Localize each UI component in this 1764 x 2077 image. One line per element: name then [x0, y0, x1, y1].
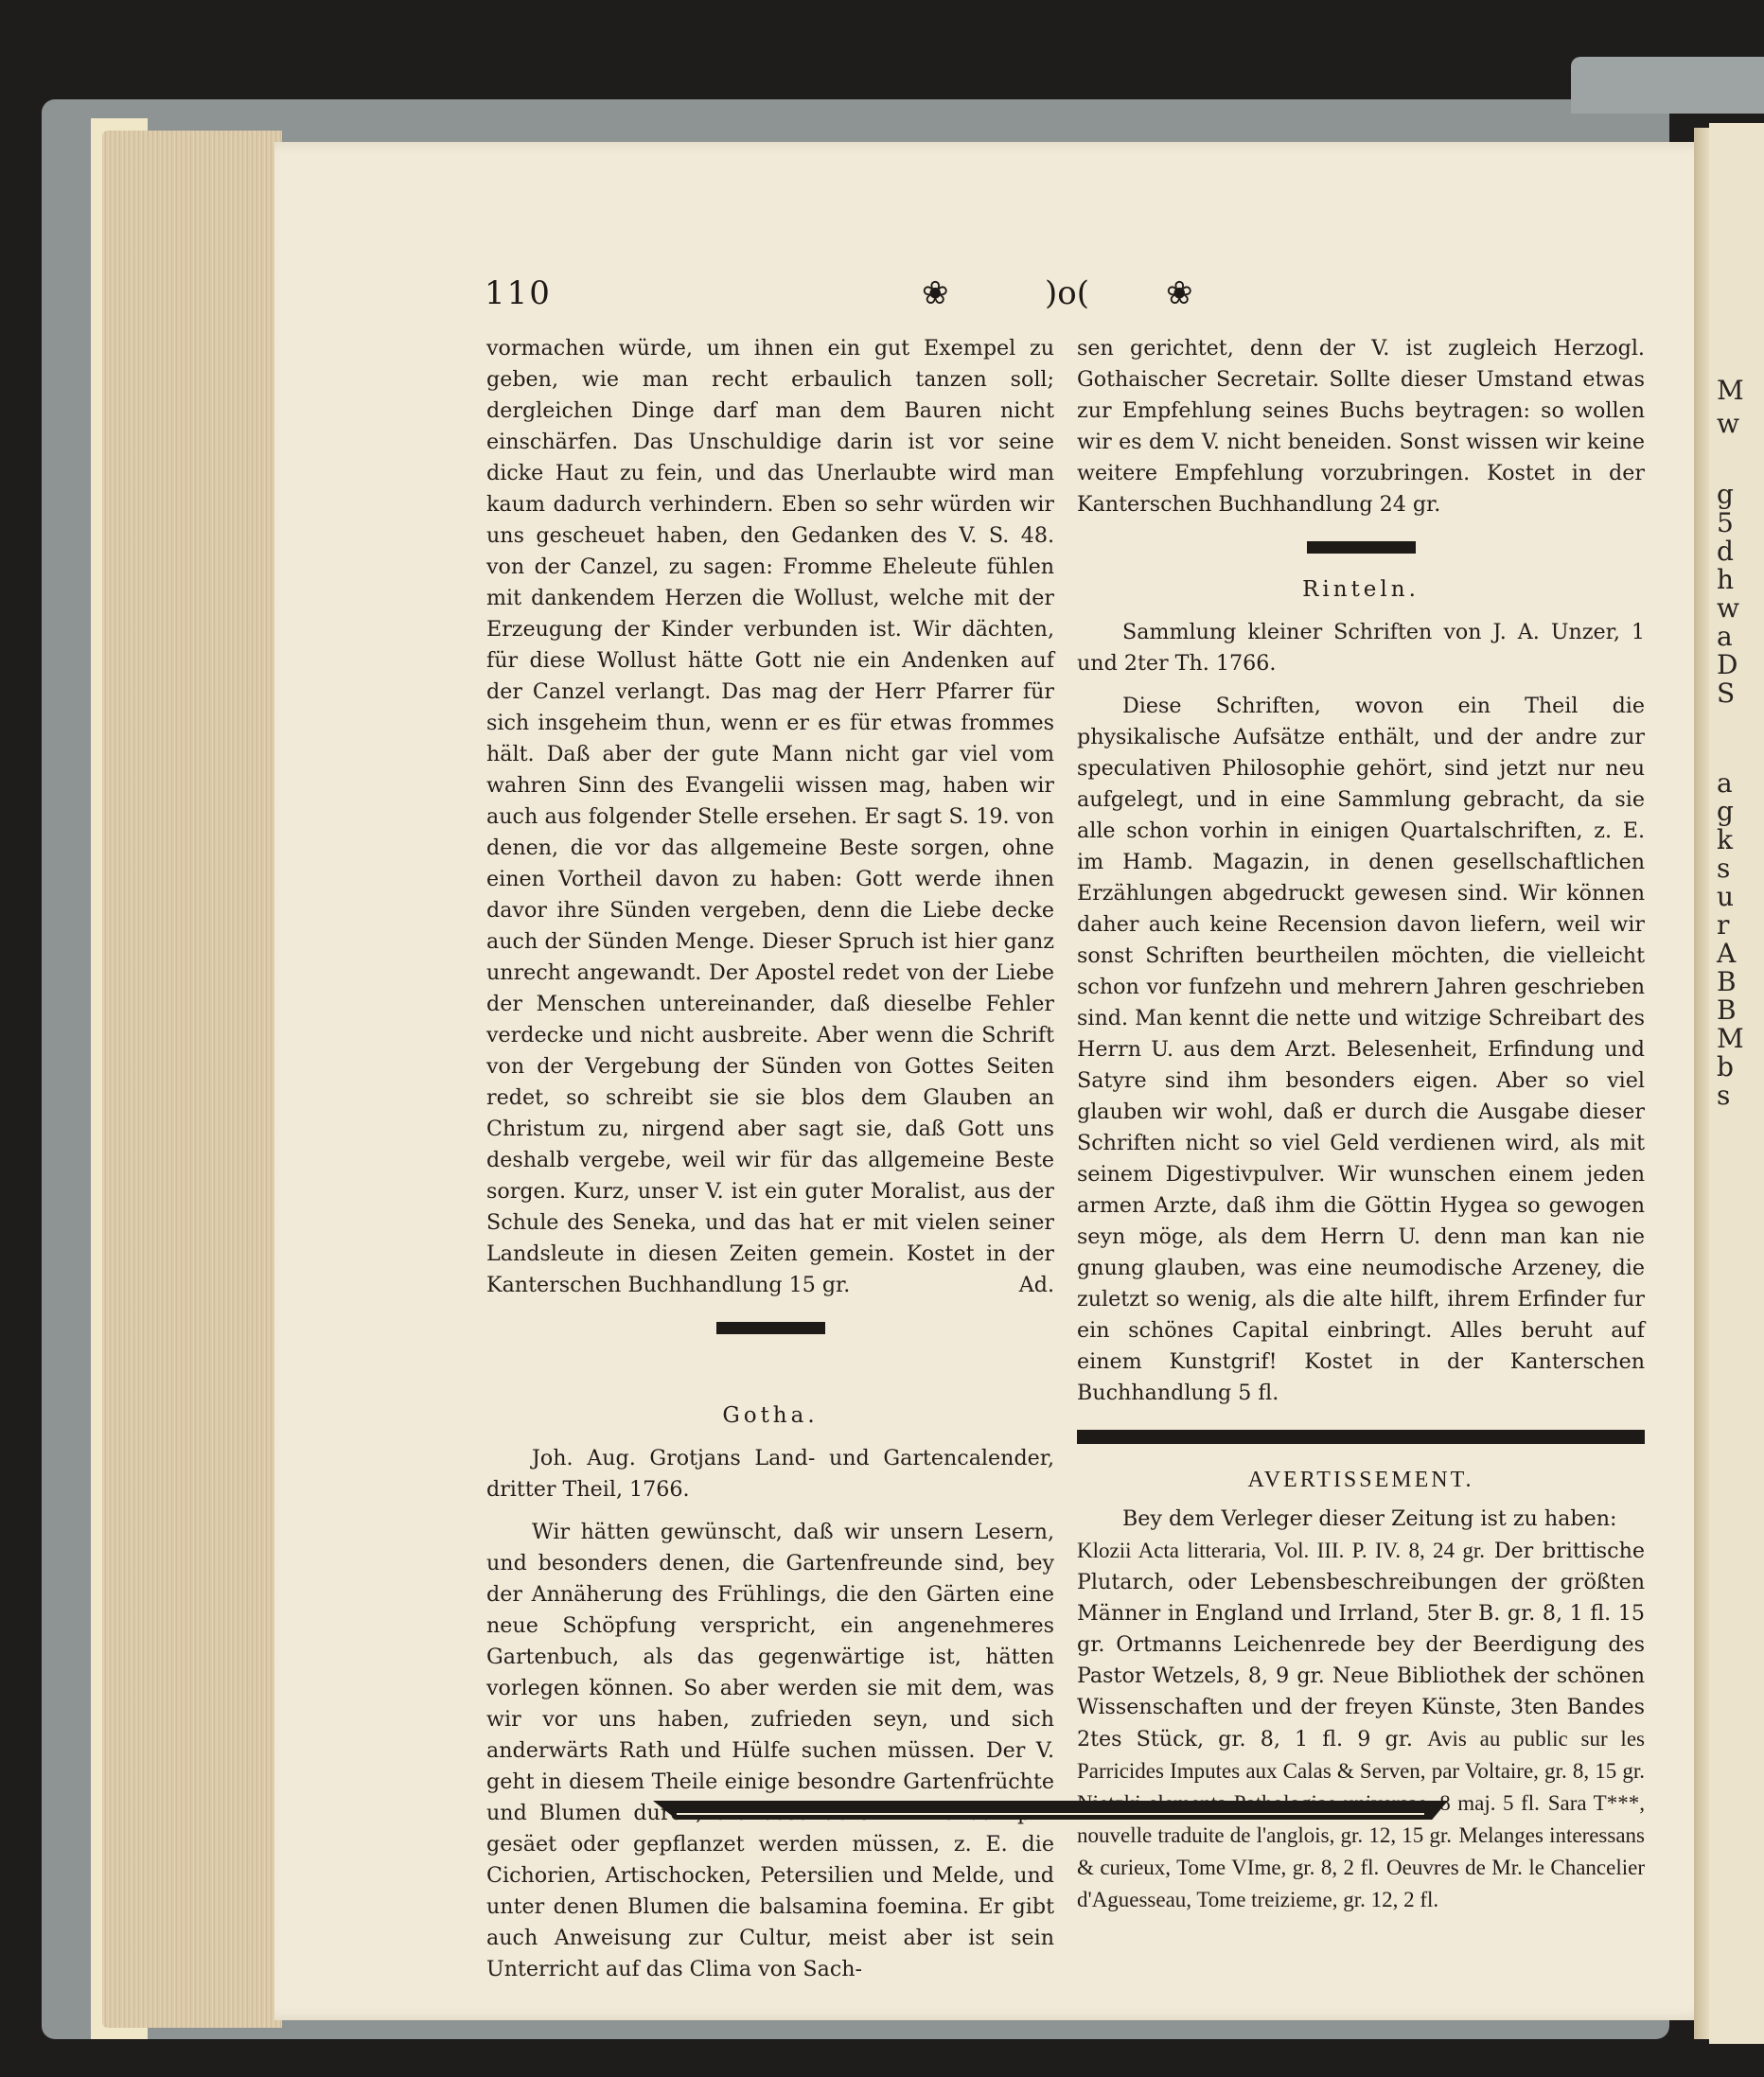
review-body: Wir hätten gewünscht, daß wir unsern Les… — [486, 1517, 1054, 1985]
facing-page-glyph: S — [1717, 677, 1735, 711]
place-heading: Gotha. — [486, 1400, 1054, 1432]
shell-ornament-icon: ❀ — [922, 274, 949, 312]
right-column: sen gerichtet, denn der V. ist zugleich … — [1077, 333, 1645, 1916]
center-ornament: )o( — [1045, 274, 1089, 312]
book-title: Sammlung kleiner Schriften von J. A. Unz… — [1077, 617, 1645, 679]
facing-page-glyph: s — [1717, 1079, 1730, 1113]
review-body: vormachen würde, um ihnen ein gut Exempe… — [486, 333, 1054, 1301]
advertisement-item: Klozii Acta litteraria, Vol. III. P. IV.… — [1077, 1539, 1485, 1562]
left-column: vormachen würde, um ihnen ein gut Exempe… — [486, 333, 1054, 1985]
section-divider — [1307, 541, 1416, 554]
facing-page-edge: M w g 5 d h w a D S a g k s u r A B B M … — [1709, 123, 1764, 2044]
advertisement-list: Klozii Acta litteraria, Vol. III. P. IV.… — [1077, 1535, 1645, 1916]
review-body: sen gerichtet, denn der V. ist zugleich … — [1077, 333, 1645, 520]
advertisement-intro: Bey dem Verleger dieser Zeitung ist zu h… — [1077, 1504, 1645, 1535]
book-cover-top-edge — [1571, 57, 1764, 114]
section-divider — [716, 1322, 825, 1334]
advertisement-heading: AVERTISSEMENT. — [1077, 1465, 1645, 1496]
place-heading: Rinteln. — [1077, 574, 1645, 606]
page-block-edge — [102, 131, 282, 2028]
facing-page-glyph: w — [1717, 407, 1739, 441]
shell-ornament-icon: ❀ — [1166, 274, 1193, 312]
section-divider — [1077, 1430, 1645, 1444]
book-title: Joh. Aug. Grotjans Land- und Gartencalen… — [486, 1443, 1054, 1505]
page-gutter — [1694, 128, 1709, 2039]
review-body: Diese Schriften, wovon ein Theil die phy… — [1077, 691, 1645, 1409]
running-head: 110 ❀ )o( ❀ — [485, 274, 1611, 312]
page-number: 110 — [485, 274, 552, 312]
facing-page-glyph: M — [1717, 374, 1744, 408]
page-end-rule — [653, 1801, 1448, 1820]
